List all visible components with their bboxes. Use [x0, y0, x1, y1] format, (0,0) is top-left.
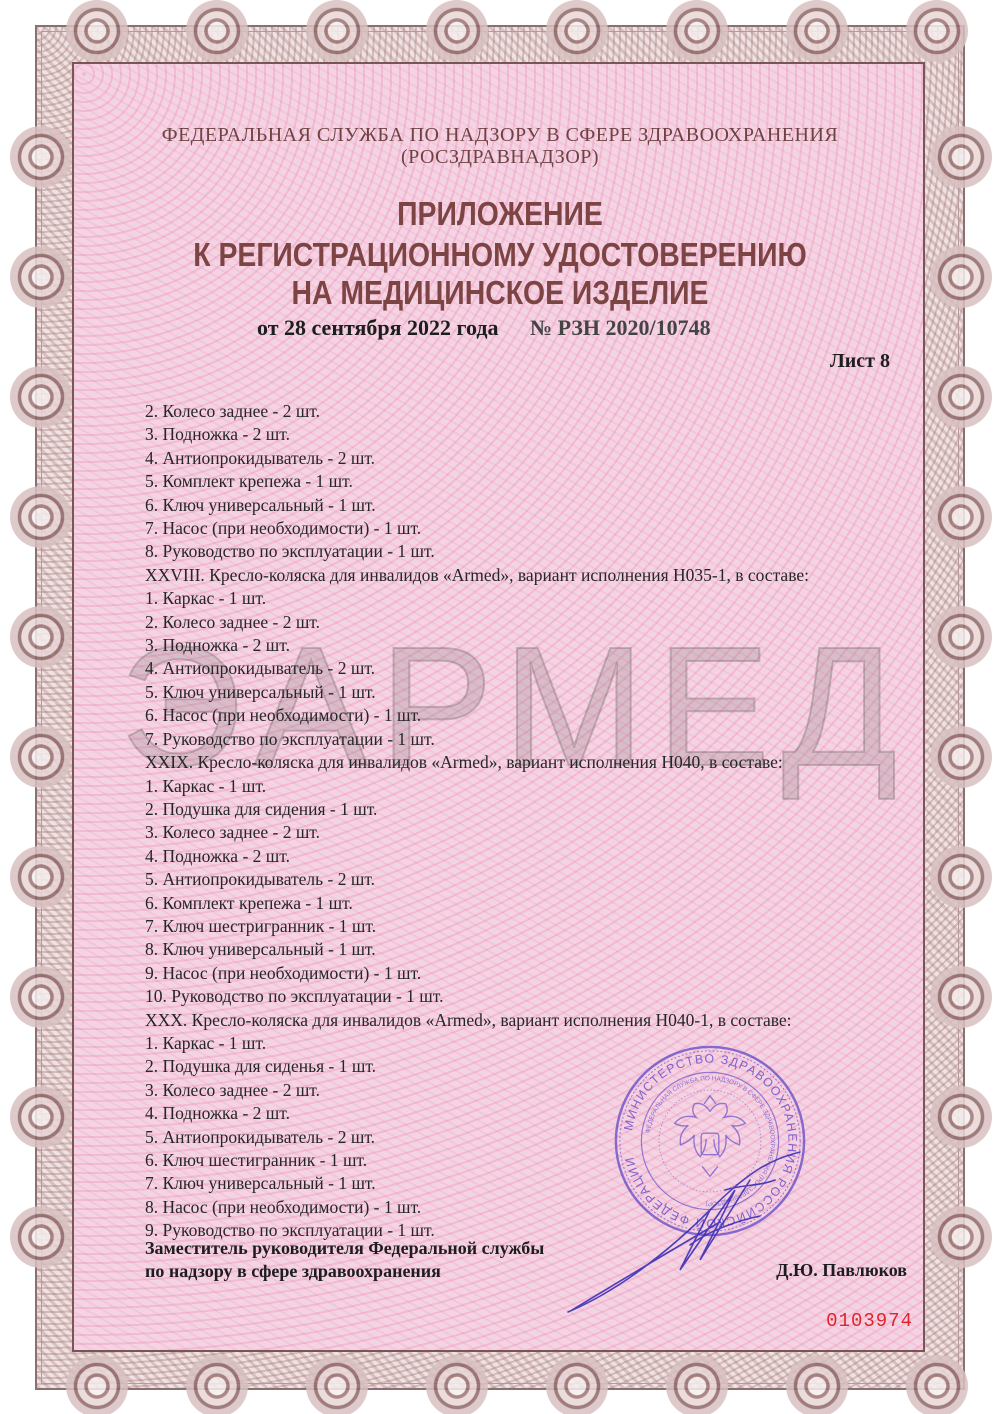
- list-item: 6. Ключ универсальный - 1 шт.: [145, 494, 809, 517]
- border-ornament: [10, 486, 72, 548]
- list-item: 4. Антиопрокидыватель - 2 шт.: [145, 447, 809, 470]
- signer-title-line1: Заместитель руководителя Федеральной слу…: [145, 1237, 544, 1260]
- list-item: 7. Руководство по эксплуатации - 1 шт.: [145, 728, 809, 751]
- border-ornament: [10, 606, 72, 668]
- list-section-header: XXX. Кресло-коляска для инвалидов «Armed…: [145, 1009, 809, 1032]
- list-item: 4. Антиопрокидыватель - 2 шт.: [145, 657, 809, 680]
- border-ornament: [666, 1355, 728, 1414]
- certificate-number: № РЗН 2020/10748: [530, 315, 711, 340]
- border-ornament: [930, 366, 992, 428]
- border-ornament: [786, 0, 848, 62]
- border-ornament: [426, 1355, 488, 1414]
- list-item: 5. Антиопрокидыватель - 2 шт.: [145, 1126, 809, 1149]
- list-item: 3. Подножка - 2 шт.: [145, 423, 809, 446]
- list-item: 7. Насос (при необходимости) - 1 шт.: [145, 517, 809, 540]
- border-ornament: [10, 846, 72, 908]
- border-ornament: [930, 1206, 992, 1268]
- document-title: ПРИЛОЖЕНИЕ: [70, 195, 930, 233]
- list-item: 1. Каркас - 1 шт.: [145, 775, 809, 798]
- signer-name: Д.Ю. Павлюков: [776, 1260, 907, 1281]
- border-ornament: [66, 0, 128, 62]
- document-subtitle-line2: НА МЕДИЦИНСКОЕ ИЗДЕЛИЕ: [70, 274, 930, 312]
- border-ornament: [930, 246, 992, 308]
- border-ornament: [930, 1086, 992, 1148]
- list-item: 4. Подножка - 2 шт.: [145, 1102, 809, 1125]
- border-ornament: [930, 966, 992, 1028]
- list-item: 8. Насос (при необходимости) - 1 шт.: [145, 1196, 809, 1219]
- border-ornament: [10, 1206, 72, 1268]
- border-ornament: [546, 0, 608, 62]
- border-ornament: [930, 846, 992, 908]
- list-item: 6. Ключ шестигранник - 1 шт.: [145, 1149, 809, 1172]
- list-item: 10. Руководство по эксплуатации - 1 шт.: [145, 985, 809, 1008]
- border-ornament: [10, 726, 72, 788]
- agency-name: ФЕДЕРАЛЬНАЯ СЛУЖБА ПО НАДЗОРУ В СФЕРЕ ЗД…: [0, 124, 1000, 146]
- document-subtitle-line1: К РЕГИСТРАЦИОННОМУ УДОСТОВЕРЕНИЮ: [70, 236, 930, 274]
- certificate-date-number: от 28 сентября 2022 года № РЗН 2020/1074…: [257, 315, 711, 341]
- list-item: 7. Ключ шестригранник - 1 шт.: [145, 915, 809, 938]
- list-section-header: XXVIII. Кресло-коляска для инвалидов «Ar…: [145, 564, 809, 587]
- serial-number: 0103974: [826, 1310, 913, 1332]
- list-item: 8. Руководство по эксплуатации - 1 шт.: [145, 540, 809, 563]
- list-item: 5. Антиопрокидыватель - 2 шт.: [145, 868, 809, 891]
- list-item: 6. Насос (при необходимости) - 1 шт.: [145, 704, 809, 727]
- list-item: 2. Подушка для сиденья - 1 шт.: [145, 1055, 809, 1078]
- sheet-number: Лист 8: [830, 350, 890, 373]
- border-ornament: [306, 0, 368, 62]
- border-ornament: [906, 0, 968, 62]
- border-ornament: [930, 726, 992, 788]
- list-item: 2. Подушка для сидения - 1 шт.: [145, 798, 809, 821]
- border-ornament: [10, 246, 72, 308]
- list-item: 5. Ключ универсальный - 1 шт.: [145, 681, 809, 704]
- border-ornament: [426, 0, 488, 62]
- border-ornament: [666, 0, 728, 62]
- list-item: 3. Колесо заднее - 2 шт.: [145, 821, 809, 844]
- list-item: 5. Комплект крепежа - 1 шт.: [145, 470, 809, 493]
- component-list: 2. Колесо заднее - 2 шт.3. Подножка - 2 …: [145, 400, 809, 1243]
- border-ornament: [306, 1355, 368, 1414]
- list-item: 8. Ключ универсальный - 1 шт.: [145, 938, 809, 961]
- border-ornament: [930, 606, 992, 668]
- border-ornament: [10, 366, 72, 428]
- list-item: 3. Колесо заднее - 2 шт.: [145, 1079, 809, 1102]
- list-section-header: XXIX. Кресло-коляска для инвалидов «Arme…: [145, 751, 809, 774]
- list-item: 1. Каркас - 1 шт.: [145, 1032, 809, 1055]
- list-item: 9. Насос (при необходимости) - 1 шт.: [145, 962, 809, 985]
- list-item: 3. Подножка - 2 шт.: [145, 634, 809, 657]
- list-item: 4. Подножка - 2 шт.: [145, 845, 809, 868]
- border-ornament: [786, 1355, 848, 1414]
- certificate-date: от 28 сентября 2022 года: [257, 315, 498, 340]
- border-ornament: [186, 0, 248, 62]
- border-ornament: [930, 486, 992, 548]
- list-item: 7. Ключ универсальный - 1 шт.: [145, 1172, 809, 1195]
- list-item: 1. Каркас - 1 шт.: [145, 587, 809, 610]
- border-ornament: [10, 1086, 72, 1148]
- signer-title: Заместитель руководителя Федеральной слу…: [145, 1237, 544, 1283]
- border-ornament: [906, 1355, 968, 1414]
- border-ornament: [10, 966, 72, 1028]
- agency-abbreviation: (РОСЗДРАВНАДЗОР): [0, 146, 1000, 168]
- border-ornament: [186, 1355, 248, 1414]
- list-item: 2. Колесо заднее - 2 шт.: [145, 400, 809, 423]
- list-item: 6. Комплект крепежа - 1 шт.: [145, 892, 809, 915]
- border-ornament: [546, 1355, 608, 1414]
- signer-title-line2: по надзору в сфере здравоохранения: [145, 1260, 544, 1283]
- border-ornament: [66, 1355, 128, 1414]
- list-item: 2. Колесо заднее - 2 шт.: [145, 611, 809, 634]
